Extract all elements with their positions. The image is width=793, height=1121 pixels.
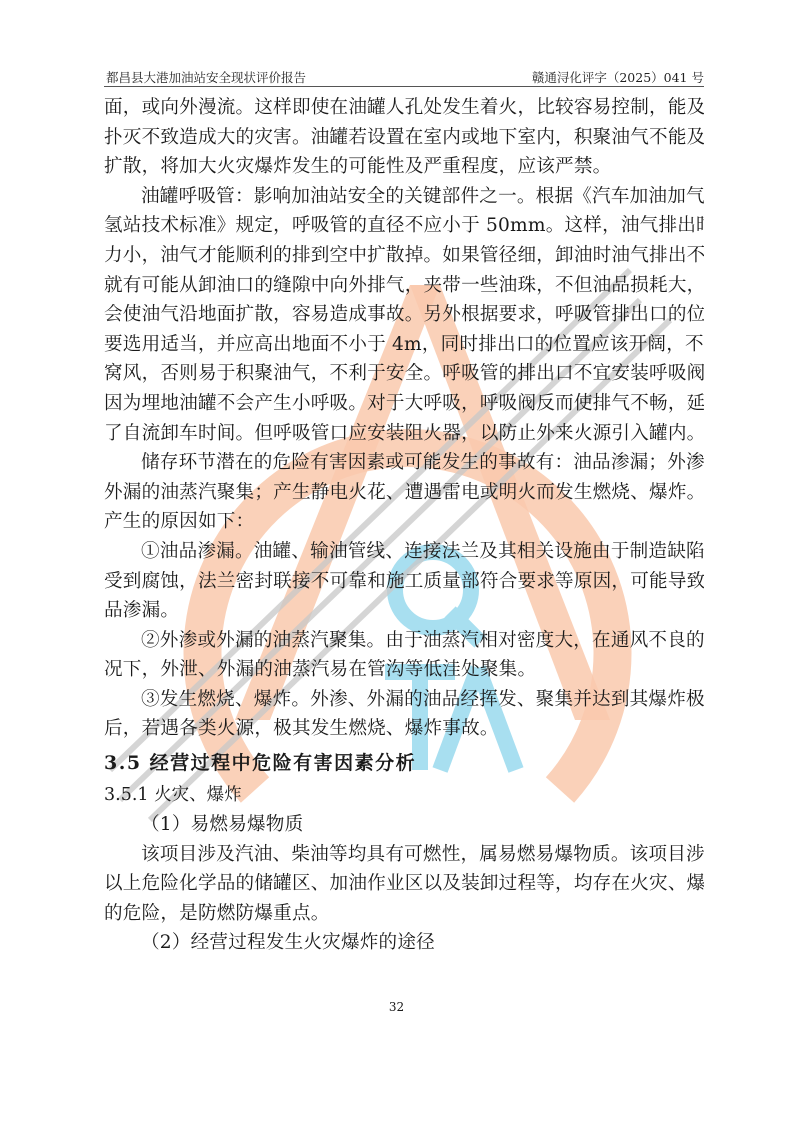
body-line: 该项目涉及汽油、柴油等均具有可燃性，属易燃易爆物质。该项目涉及 xyxy=(104,840,704,870)
body-line: 扩散，将加大火灾爆炸发生的可能性及严重程度，应该严禁。 xyxy=(104,152,704,182)
body-line: 储存环节潜在的危险有害因素或可能发生的事故有：油品渗漏；外渗或 xyxy=(104,448,704,478)
body-line: 外漏的油蒸汽聚集；产生静电火花、遭遇雷电或明火而发生燃烧、爆炸。其 xyxy=(104,478,704,508)
body-line: 窝风，否则易于积聚油气，不利于安全。呼吸管的排出口不宜安装呼吸阀， xyxy=(104,359,704,389)
body-line: （1）易燃易爆物质 xyxy=(104,810,704,840)
body-line: 会使油气沿地面扩散，容易造成事故。另外根据要求，呼吸管排出口的位置 xyxy=(104,300,704,330)
body-line: 氢站技术标准》规定，呼吸管的直径不应小于 50mm。这样，油气排出时阻 xyxy=(104,211,704,241)
body-line: 产生的原因如下： xyxy=(104,507,704,537)
section-heading: 3.5 经营过程中危险有害因素分析 xyxy=(104,746,704,780)
body-line: 要选用适当，并应高出地面不小于 4m，同时排出口的位置应该开阔，不能 xyxy=(104,330,704,360)
body-line: 受到腐蚀，法兰密封联接不可靠和施工质量部符合要求等原因，可能导致油 xyxy=(104,567,704,597)
body-line: ②外渗或外漏的油蒸汽聚集。由于油蒸汽相对密度大，在通风不良的情 xyxy=(104,626,704,656)
body-line: 品渗漏。 xyxy=(104,596,704,626)
body-line: 油罐呼吸管：影响加油站安全的关键部件之一。根据《汽车加油加气加 xyxy=(104,182,704,212)
report-number: 赣通浔化评字（2025）041 号 xyxy=(532,68,704,86)
body-line: 扑灭不致造成大的灾害。油罐若设置在室内或地下室内，积聚油气不能及时 xyxy=(104,123,704,153)
body-line: 况下，外泄、外漏的油蒸汽易在管沟等低洼处聚集。 xyxy=(104,655,704,685)
document-body: 面，或向外漫流。这样即使在油罐人孔处发生着火，比较容易控制，能及时 扑灭不致造成… xyxy=(104,93,704,958)
body-line: 就有可能从卸油口的缝隙中向外排气，夹带一些油珠，不但油品损耗大，还 xyxy=(104,271,704,301)
body-line: 面，或向外漫流。这样即使在油罐人孔处发生着火，比较容易控制，能及时 xyxy=(104,93,704,123)
page-number: 32 xyxy=(0,1000,793,1014)
body-line: 的危险，是防燃防爆重点。 xyxy=(104,899,704,929)
body-line: （2）经营过程发生火灾爆炸的途径 xyxy=(104,928,704,958)
page-header: 都昌县大港加油站安全现状评价报告 赣通浔化评字（2025）041 号 xyxy=(104,66,704,87)
body-line: ①油品渗漏。油罐、输油管线、连接法兰及其相关设施由于制造缺陷或 xyxy=(104,537,704,567)
body-line: ③发生燃烧、爆炸。外渗、外漏的油品经挥发、聚集并达到其爆炸极限 xyxy=(104,685,704,715)
report-title: 都昌县大港加油站安全现状评价报告 xyxy=(106,68,306,86)
body-line: 以上危险化学品的储罐区、加油作业区以及装卸过程等，均存在火灾、爆炸 xyxy=(104,869,704,899)
body-line: 因为埋地油罐不会产生小呼吸。对于大呼吸，呼吸阀反而使排气不畅，延长 xyxy=(104,389,704,419)
body-line: 力小，油气才能顺利的排到空中扩散掉。如果管径细，卸油时油气排出不畅， xyxy=(104,241,704,271)
body-line: 了自流卸车时间。但呼吸管口应安装阻火器，以防止外来火源引入罐内。 xyxy=(104,419,704,449)
subsection-heading: 3.5.1 火灾、爆炸 xyxy=(104,780,704,810)
body-line: 后，若遇各类火源，极其发生燃烧、爆炸事故。 xyxy=(104,714,704,744)
